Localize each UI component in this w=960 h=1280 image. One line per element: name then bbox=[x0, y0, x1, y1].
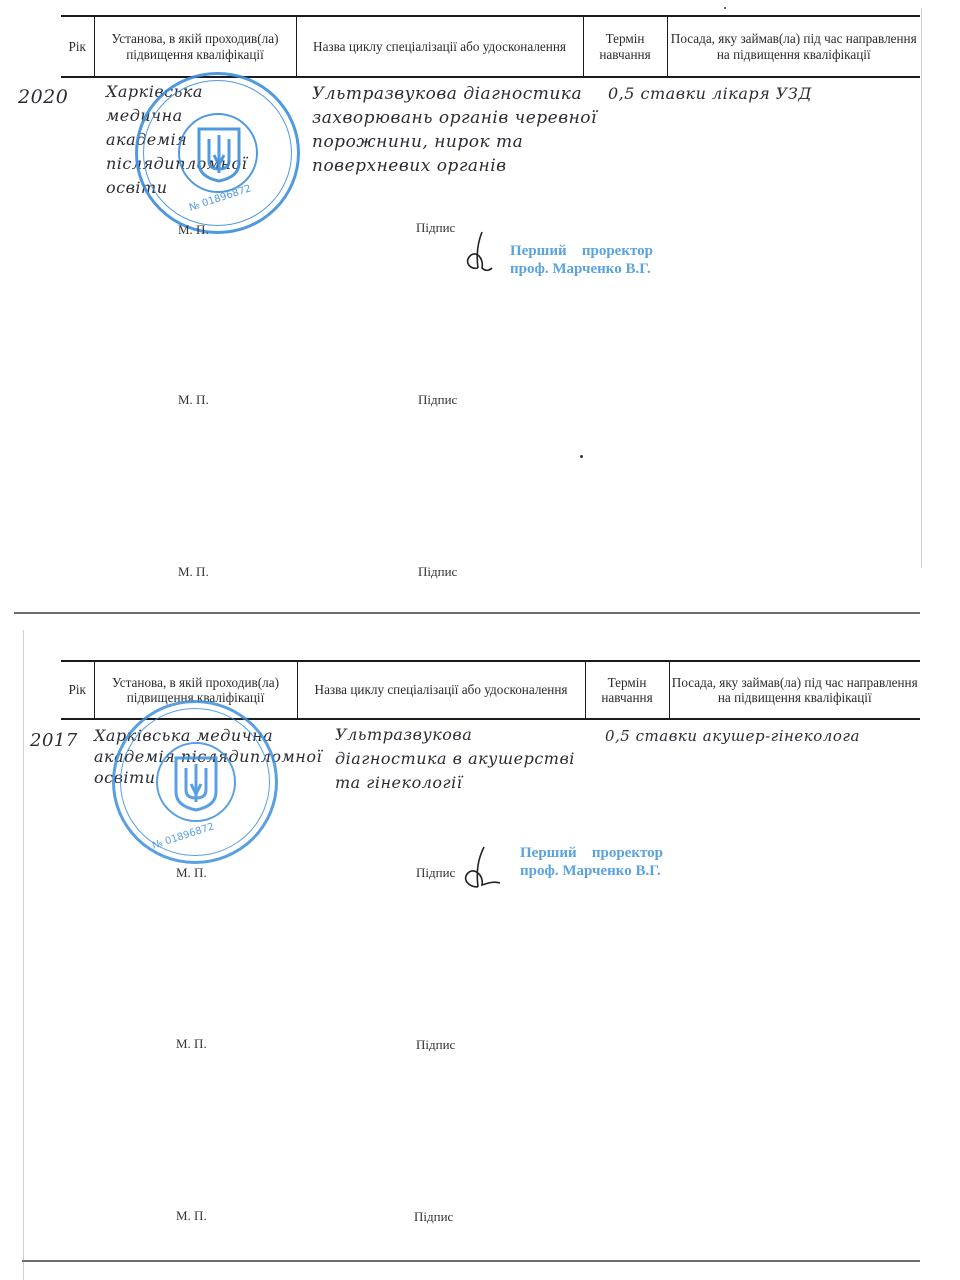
signature-label: Підпис bbox=[418, 564, 457, 580]
handwritten-signature bbox=[460, 228, 496, 276]
header-cycle-name: Назва циклу спеціалізації або удосконале… bbox=[297, 661, 585, 719]
seal-name: проф. Марченко В.Г. bbox=[520, 862, 663, 880]
header-term: Термін навчання bbox=[585, 661, 669, 719]
seal-place-label: М. П. bbox=[176, 1036, 207, 1052]
header-position: Посада, яку займав(ла) під час направлен… bbox=[669, 661, 920, 719]
seal-title: Першийпроректор bbox=[510, 242, 653, 260]
signature-label: Підпис bbox=[414, 1209, 453, 1225]
seal-block: Першийпроректор проф. Марченко В.Г. bbox=[520, 844, 663, 880]
entry-cycle-name: Ультразвукова діагностика в акушерстві т… bbox=[335, 723, 575, 795]
signature-label: Підпис bbox=[416, 1037, 455, 1053]
page-edge bbox=[921, 8, 922, 568]
page-bottom-edge bbox=[14, 612, 920, 614]
scan-speck bbox=[724, 7, 726, 9]
official-stamp: № 01896872 bbox=[112, 700, 278, 864]
handwritten-signature bbox=[458, 843, 502, 891]
document-page-1: Рік Установа, в якій проходив(ла) підвищ… bbox=[0, 0, 960, 615]
header-cycle-name: Назва циклу спеціалізації або удосконале… bbox=[296, 16, 583, 77]
entry-position: 0,5 ставки лікаря УЗД bbox=[608, 84, 812, 103]
signature-label: Підпис bbox=[416, 220, 455, 236]
header-institution: Установа, в якій проходив(ла) підвищення… bbox=[94, 16, 296, 77]
header-year: Рік bbox=[61, 16, 94, 77]
signature-label: Підпис bbox=[416, 865, 455, 881]
page-bottom-edge bbox=[22, 1260, 920, 1262]
seal-place-label: М. П. bbox=[178, 564, 209, 580]
header-position: Посада, яку займав(ла) під час направлен… bbox=[667, 16, 920, 77]
seal-name: проф. Марченко В.Г. bbox=[510, 260, 653, 278]
seal-block: Першийпроректор проф. Марченко В.Г. bbox=[510, 242, 653, 278]
trident-emblem-icon bbox=[172, 754, 220, 812]
seal-place-label: М. П. bbox=[176, 865, 207, 881]
entry-year: 2017 bbox=[30, 730, 78, 751]
seal-place-label: М. П. bbox=[178, 392, 209, 408]
scan-speck bbox=[580, 455, 583, 458]
qualification-table-header: Рік Установа, в якій проходив(ла) підвищ… bbox=[61, 15, 920, 78]
entry-year: 2020 bbox=[18, 86, 68, 108]
seal-title: Першийпроректор bbox=[520, 844, 663, 862]
official-stamp: № 01896872 bbox=[135, 72, 300, 234]
trident-emblem-icon bbox=[195, 125, 243, 183]
seal-place-label: М. П. bbox=[176, 1208, 207, 1224]
stamp-number: № 01896872 bbox=[151, 821, 216, 851]
entry-cycle-name: Ультразвукова діагностика захворювань ор… bbox=[312, 82, 602, 178]
page-edge bbox=[23, 630, 24, 1280]
document-page-2: Рік Установа, в якій проходив(ла) підвищ… bbox=[0, 615, 960, 1280]
seal-place-label: М. П. bbox=[178, 222, 209, 238]
signature-label: Підпис bbox=[418, 392, 457, 408]
header-year: Рік bbox=[61, 661, 94, 719]
entry-position: 0,5 ставки акушер-гінеколога bbox=[605, 727, 860, 745]
header-term: Термін навчання bbox=[583, 16, 667, 77]
